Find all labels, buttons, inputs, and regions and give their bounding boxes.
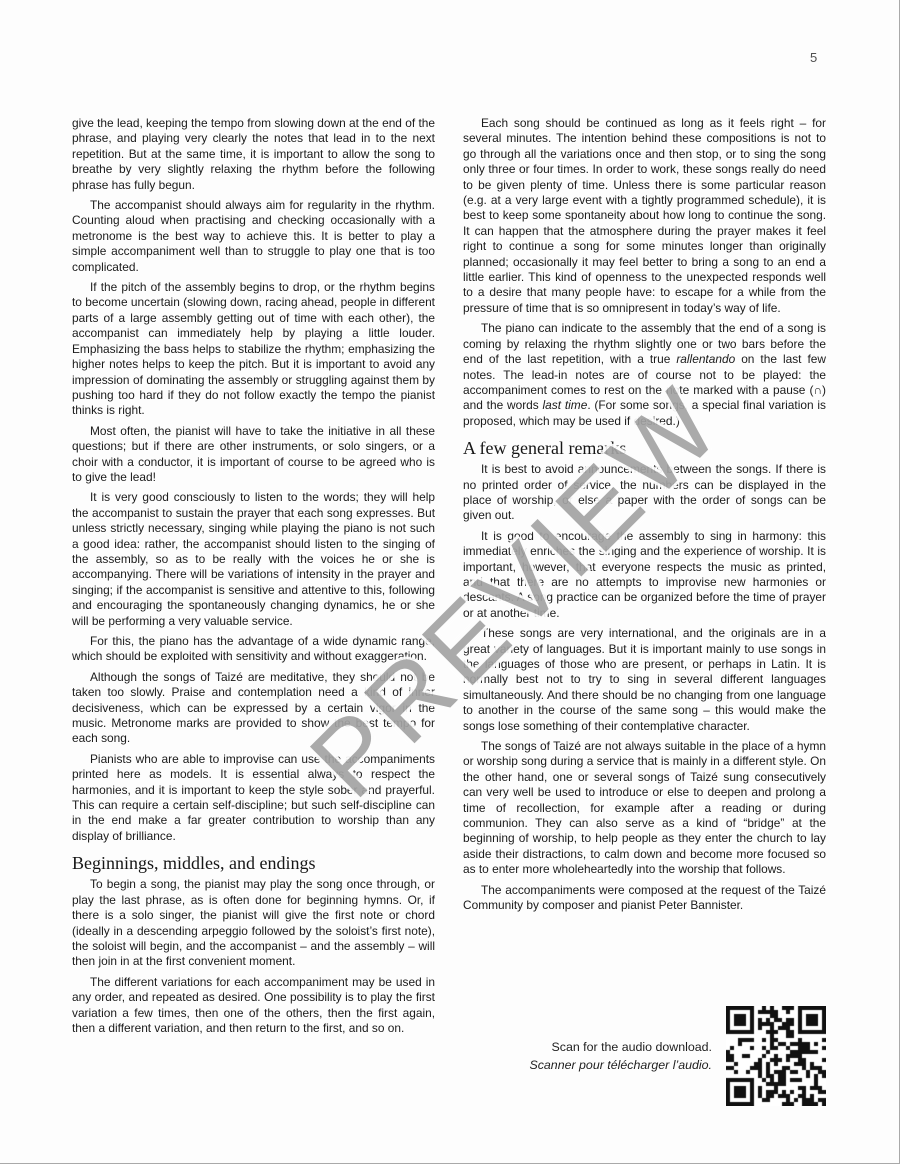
left-paragraph-9: To begin a song, the pianist may play th… xyxy=(72,877,435,969)
italic-term-rallentando: rallentando xyxy=(676,352,735,366)
italic-term-last-time: last time xyxy=(543,398,588,412)
left-paragraph-1: give the lead, keeping the tempo from sl… xyxy=(72,116,435,193)
qr-caption-english: Scan for the audio download. xyxy=(529,1038,712,1056)
book-page: 5 give the lead, keeping the tempo from … xyxy=(0,0,900,1164)
page-number: 5 xyxy=(810,50,817,65)
right-paragraph-4: It is good to encourage the assembly to … xyxy=(463,529,826,621)
left-column: give the lead, keeping the tempo from sl… xyxy=(72,116,435,1041)
left-paragraph-3: If the pitch of the assembly begins to d… xyxy=(72,280,435,419)
left-paragraph-8: Pianists who are able to improvise can u… xyxy=(72,752,435,844)
section-heading-general-remarks: A few general remarks xyxy=(463,438,826,459)
qr-caption-french: Scanner pour télécharger l’audio. xyxy=(529,1056,712,1074)
right-paragraph-7: The accompaniments were composed at the … xyxy=(463,883,826,914)
left-paragraph-2: The accompanist should always aim for re… xyxy=(72,198,435,275)
left-paragraph-7: Although the songs of Taizé are meditati… xyxy=(72,670,435,747)
section-heading-beginnings: Beginnings, middles, and endings xyxy=(72,853,435,874)
right-paragraph-2: The piano can indicate to the assembly t… xyxy=(463,321,826,429)
right-paragraph-5: These songs are very international, and … xyxy=(463,626,826,734)
left-paragraph-6: For this, the piano has the advantage of… xyxy=(72,634,435,665)
left-paragraph-10: The different variations for each accomp… xyxy=(72,975,435,1037)
left-paragraph-4: Most often, the pianist will have to tak… xyxy=(72,424,435,486)
qr-code-icon xyxy=(726,1006,826,1106)
right-column: Each song should be continued as long as… xyxy=(463,116,826,919)
qr-caption: Scan for the audio download. Scanner pou… xyxy=(529,1038,712,1074)
left-paragraph-5: It is very good consciously to listen to… xyxy=(72,490,435,629)
right-paragraph-1: Each song should be continued as long as… xyxy=(463,116,826,316)
audio-download-footer: Scan for the audio download. Scanner pou… xyxy=(463,1006,826,1106)
right-paragraph-6: The songs of Taizé are not always suitab… xyxy=(463,739,826,878)
right-paragraph-3: It is best to avoid announcements betwee… xyxy=(463,462,826,524)
